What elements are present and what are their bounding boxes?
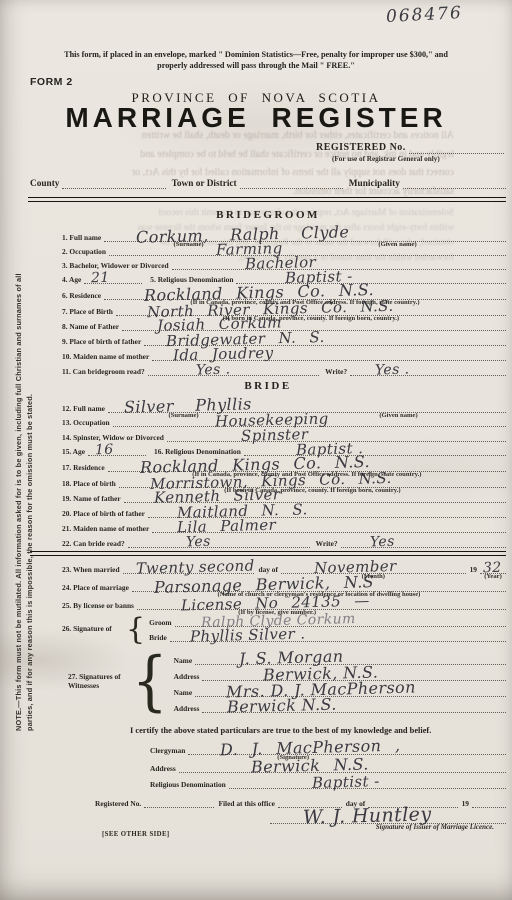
br-fullname-label: 12. Full name: [62, 405, 108, 413]
section-divider-top: [28, 197, 506, 202]
bg-mother-label: 10. Maiden name of mother: [62, 353, 152, 361]
clergyman-field[interactable]: D. J. MacPherson , (Signature): [188, 738, 506, 755]
form-body: BRIDEGROOM 1. Full name Corkum, Ralph Cl…: [30, 209, 506, 838]
serial-number-handwritten: 068476: [386, 3, 464, 27]
location-line: County Town or District Municipality: [30, 175, 506, 189]
bg-residence-field[interactable]: Rockland Kings Co. N.S. (If in Canada, p…: [104, 283, 506, 300]
br-residence-row: 17. Residence Rockland Kings Co. N.S. (I…: [30, 456, 506, 472]
br-residence-field[interactable]: Rockland Kings Co. N.S. (If in Canada, p…: [108, 455, 506, 472]
signature-of-label: 26. Signature of: [62, 624, 115, 634]
registrar-note: (For use of Registrar General only): [332, 155, 440, 163]
when-married-label: 23. When married: [62, 566, 123, 574]
br-write-value: Yes: [370, 534, 395, 551]
bg-residence-label: 6. Residence: [62, 292, 104, 300]
br-read-value: Yes: [186, 534, 211, 551]
see-other-side: [SEE OTHER SIDE]: [30, 831, 506, 838]
section-divider-marriage: [30, 551, 506, 556]
municipality-label: Municipality: [343, 180, 403, 189]
registered-no-line: REGISTERED No.: [316, 141, 504, 154]
bg-literacy-row: 11. Can bridegroom read? Yes . Write? Ye…: [30, 361, 506, 376]
when-day-value: Twenty second: [136, 556, 255, 577]
bg-status-row: 3. Bachelor, Widower or Divorced Bachelo…: [30, 256, 506, 270]
br-age-field[interactable]: 16: [88, 441, 146, 456]
br-mother-field[interactable]: Lila Palmer: [152, 517, 506, 533]
clergyman-religion-label: Religious Denomination: [150, 781, 229, 789]
bride-label: Bride: [149, 634, 170, 642]
bg-write-label: Write?: [319, 368, 350, 376]
office-year-field[interactable]: [472, 792, 506, 808]
br-age-label: 15. Age: [62, 448, 88, 456]
br-literacy-row: 22. Can bride read? Yes Write? Yes: [30, 533, 506, 548]
bride-heading: BRIDE: [30, 380, 506, 397]
office-registered-field[interactable]: [144, 792, 214, 808]
br-write-label: Write?: [310, 540, 341, 548]
br-father-birth-field[interactable]: Maitland N. S.: [148, 502, 506, 518]
witness-name-label: Name: [174, 689, 195, 697]
when-year-field[interactable]: 32 (Year): [480, 557, 506, 574]
br-mother-row: 21. Maiden name of mother Lila Palmer: [30, 518, 506, 533]
bg-mother-row: 10. Maiden name of mother Ida Joudrey: [30, 346, 506, 361]
clergyman-address-label: Address: [150, 765, 179, 773]
bg-fullname-label: 1. Full name: [62, 234, 104, 242]
registered-no-label: REGISTERED No.: [316, 143, 409, 154]
br-father-birth-label: 20. Place of birth of father: [62, 510, 148, 518]
br-read-label: 22. Can bride read?: [62, 540, 128, 548]
mail-instruction: This form, if placed in an envelope, mar…: [64, 49, 448, 71]
bg-fullname-field[interactable]: Corkum, Ralph Clyde (Surname) (Given nam…: [104, 225, 506, 242]
witness2-address-value: Berwick N.S.: [226, 695, 336, 717]
bg-age-label: 4. Age: [62, 276, 84, 284]
county-label: County: [30, 180, 62, 189]
bg-mother-field[interactable]: Ida Joudrey: [152, 345, 506, 361]
when-married-row: 23. When married Twenty second day of No…: [30, 558, 506, 574]
bride-signature-field[interactable]: Phyllis Silver .: [170, 626, 506, 642]
brace-glyph: {: [124, 612, 147, 647]
bg-father-birth-field[interactable]: Bridgewater N. S.: [144, 330, 506, 346]
br-occupation-label: 13. Occupation: [62, 419, 113, 427]
clergyman-address-row: Address Berwick N.S.: [30, 755, 506, 773]
page-title: MARRIAGE REGISTER: [0, 102, 512, 134]
signature-of-group: 26. Signature of { Groom Ralph Clyde Cor…: [30, 612, 506, 647]
bg-residence-row: 6. Residence Rockland Kings Co. N.S. (If…: [30, 284, 506, 300]
office-registered-label: Registered No.: [95, 800, 144, 808]
br-birthplace-label: 18. Place of birth: [62, 480, 119, 488]
bg-age-field[interactable]: 21: [84, 269, 142, 284]
clergyman-religion-value: Baptist -: [312, 772, 380, 792]
br-age-value: 16: [95, 442, 114, 458]
clergyman-row: Clergyman D. J. MacPherson , (Signature): [30, 739, 506, 755]
when-day-field[interactable]: Twenty second: [123, 557, 255, 574]
bg-birthplace-label: 7. Place of Birth: [62, 308, 116, 316]
brace-glyph: {: [130, 644, 170, 719]
bleedthrough-block-top: All notices and certificates, either for…: [58, 127, 454, 201]
bg-read-value: Yes .: [195, 362, 230, 379]
town-label: Town or District: [166, 180, 240, 189]
marriage-register-document: All notices and certificates, either for…: [0, 0, 512, 900]
br-residence-label: 17. Residence: [62, 464, 108, 472]
bg-father-label: 8. Name of Father: [62, 323, 122, 331]
witness-address-label: Address: [174, 705, 203, 713]
municipality-field[interactable]: [403, 174, 506, 189]
br-father-label: 19. Name of father: [62, 495, 124, 503]
bg-occupation-label: 2. Occupation: [62, 248, 109, 256]
filed-label: Filed at this office: [214, 800, 277, 808]
witness2-name-field[interactable]: Mrs. D. J. MacPherson: [195, 680, 506, 697]
when-year-value: 32: [482, 560, 501, 576]
form-number: FORM 2: [30, 76, 73, 88]
bride-signature-row: Bride Phyllis Silver .: [147, 627, 506, 642]
town-field[interactable]: [240, 174, 343, 189]
place-of-marriage-label: 24. Place of marriage: [62, 584, 132, 592]
groom-signature-row: Groom Ralph Clyde Corkum: [147, 612, 506, 627]
registered-no-field[interactable]: [409, 141, 504, 154]
witness-name-label: Name: [174, 657, 195, 665]
county-field[interactable]: [62, 174, 165, 189]
bg-age-value: 21: [91, 270, 110, 286]
given-name-hint: (Given name): [339, 413, 458, 420]
witness2-address-row: Address Berwick N.S.: [170, 697, 506, 713]
issuer-signature-row: W. J. Huntley Signature of Issuer of Mar…: [30, 808, 506, 824]
bg-father-birth-label: 9. Place of birth of father: [62, 338, 144, 346]
witness2-name-row: Name Mrs. D. J. MacPherson: [170, 681, 506, 697]
given-name-hint: (Given name): [337, 242, 458, 249]
license-label: 25. By license or banns: [62, 602, 137, 610]
issuer-signature-value: W. J. Huntley: [303, 803, 432, 828]
bg-write-value: Yes .: [375, 362, 410, 379]
bride-signature-value: Phyllis Silver .: [190, 624, 306, 645]
issuer-signature-field[interactable]: W. J. Huntley Signature of Issuer of Mar…: [270, 807, 506, 824]
groom-signature-field[interactable]: Ralph Clyde Corkum: [175, 611, 506, 627]
bg-write-field[interactable]: Yes .: [350, 360, 506, 376]
witnesses-group: 27. Signatures of Witnesses { Name J. S.…: [30, 649, 506, 714]
witness2-address-field[interactable]: Berwick N.S.: [202, 696, 506, 713]
br-write-field[interactable]: Yes: [341, 532, 506, 548]
br-status-row: 14. Spinster, Widow or Divorced Spinster: [30, 427, 506, 442]
bg-read-label: 11. Can bridegroom read?: [62, 368, 148, 376]
office-filing-row: Registered No. Filed at this office day …: [30, 793, 506, 808]
witnesses-label: 27. Signatures of Witnesses: [68, 672, 130, 692]
